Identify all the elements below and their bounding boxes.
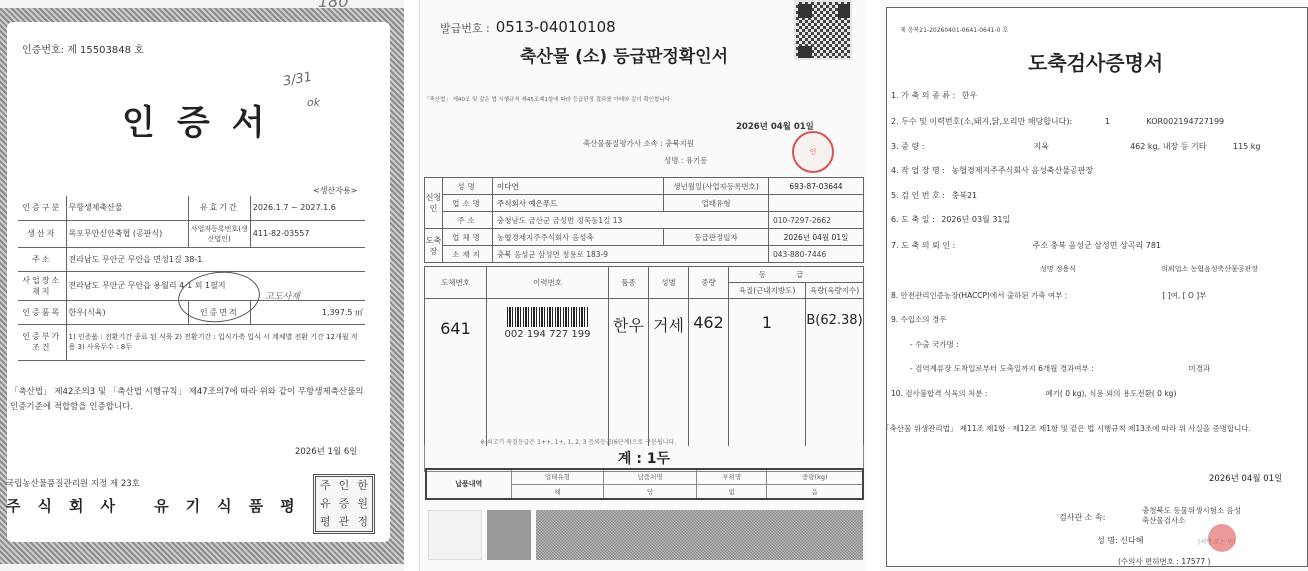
breed: 한우 [609, 299, 649, 446]
item-label: - 검역계류장 도착일로부터 도축일까지 6개월 경과여부 : [910, 363, 1182, 374]
item-label: - 수출 국가명 : [910, 340, 959, 349]
field-value [769, 195, 864, 212]
column-header: 이력번호 [487, 267, 609, 299]
item-label: 1. 가 축 의 종 류 : [891, 91, 955, 100]
table-row: 업소명 주식회사 예은푸드 업태유형 [425, 195, 864, 212]
item-value: 2026년 03월 31일 [941, 215, 1010, 224]
column-header: 육량(육량지수) [806, 283, 864, 299]
grader-name: 성명 : 유기동 [664, 155, 708, 166]
item-row: 9. 수입소의 경우 [891, 314, 950, 325]
inspector-name: 성 명: 신다혜 [1097, 535, 1143, 546]
certificate-title: 인증서 [122, 95, 287, 144]
seal-char: 증 [335, 495, 354, 513]
field-label: 사업장소재지 [18, 271, 66, 300]
item-value: 충북21 [952, 191, 978, 200]
seal-char: 평 [316, 513, 335, 531]
seal-char: 주 [316, 477, 335, 495]
field-value: 주식회사 예은푸드 [493, 195, 664, 212]
supply-value: 없 [697, 484, 767, 499]
field-value: 1) 인증품 : 전환기간 종료 된 식육 2) 전환기간 : 입식가축 입식 … [66, 324, 365, 360]
item-value: 주소 충북 음성군 삼성면 상곡리 781 [1033, 241, 1161, 250]
item-row: 5. 검 인 번 호 : 충북21 [891, 190, 981, 201]
issue-number-value: 0513-04010108 [496, 18, 616, 36]
field-value: 2026.1.7 ~ 2027.1.6 [250, 196, 365, 220]
redacted-region [487, 510, 531, 560]
table-row: 인증구분 무항생제축산물 유효기간 2026.1.7 ~ 2027.1.6 [18, 196, 365, 220]
field-label: 인증구분 [18, 196, 66, 220]
item-row: 3. 중 량 : 지육 462 kg, 내장 등 기타 115 kg [891, 141, 1265, 152]
inspector-org-label: 검사관 소 속: [1059, 512, 1105, 523]
item-row: 1. 가 축 의 종 류 : 한우 [891, 90, 981, 101]
table-row: 주소 전라남도 무안군 무안읍 면성1길 38-1 [18, 247, 365, 271]
item-row: 2. 두수 및 이력번호(소,돼지,닭,오리만 해당합니다): 1 KOR002… [891, 116, 1228, 127]
issue-date: 2026년 1월 6일 [295, 445, 358, 457]
license-number: (수의사 면허번호 : 17577 ) [1118, 556, 1211, 567]
field-label: 인증부가조건 [18, 324, 66, 360]
certification-statement: 「축산법」 제42조의3 및 「축산법 시행규칙」 제47조의7에 따라 위와 … [10, 385, 370, 415]
field-value: 농협경제지주주식회사 음성축 [493, 229, 664, 246]
item-row: 6. 도 축 일 : 2026년 03월 31일 [891, 214, 1014, 225]
yield-grade: B(62.38) [806, 299, 864, 446]
quality-grade: 1 [729, 299, 806, 446]
handwritten-annotation: 고도사재 [265, 289, 300, 302]
item-count: 1 [1105, 117, 1110, 126]
item-value: 한우 [962, 91, 977, 100]
certificate-document: 180 인증번호: 제 15503848 호 인증서 3/31 ok <생산자용… [0, 0, 404, 571]
column-header: 중량(kg) [767, 469, 863, 484]
inspector-org: 충청북도 동물위생시험소 음성축산물검사소 [1142, 506, 1242, 526]
qr-code-icon [794, 0, 852, 60]
item-extra: 의뢰업소 농협음성축산물공판장 [1161, 265, 1258, 273]
field-label: 업체명 [443, 229, 493, 246]
table-row: 생산자 목포무안신안축협 (공판식) 사업자등록번호(생산법인) 411-82-… [18, 220, 365, 247]
issuing-company: 주식회사 유기식품평 [6, 495, 312, 516]
grader-affiliation: 축산물품질평가사 소속 : 충북지원 [583, 138, 694, 149]
sex: 거세 [649, 299, 689, 446]
field-value: 전라남도 무안군 무안읍 면성1길 38-1 [66, 247, 365, 271]
item-row: - 수출 국가명 : [910, 339, 963, 350]
issue-number-label: 발급번호 : [440, 22, 490, 35]
trace-number: 002 194 727 199 [487, 329, 608, 340]
item-row: 성명 정용식 의뢰업소 농협음성축산물공판장 [1040, 264, 1262, 274]
seal-char: 한 [353, 477, 372, 495]
table-row: 신청인 성명 이다연 생년월일(사업자등록번호) 693-87-03644 [425, 178, 864, 195]
grade-result-table: 도체번호 이력번호 품종 성별 중량 등급 육질(근내지방도) 육량(육량지수)… [424, 266, 864, 446]
field-value: 043-880-7446 [769, 246, 864, 263]
field-value: 목포무안신안축협 (공판식) [66, 220, 188, 247]
column-header: 중량 [689, 267, 729, 299]
item-value: [ ]여, [ O ]부 [1162, 291, 1206, 300]
barcode-icon [507, 307, 589, 327]
column-header: 등급 [729, 267, 864, 283]
table-row: 납품내역 업태유형 납품처명 부위명 중량(kg) [426, 469, 863, 484]
redacted-region [428, 510, 482, 560]
column-header: 납품처명 [604, 469, 697, 484]
item-label: 6. 도 축 일 : [891, 215, 935, 224]
supply-details-table: 납품내역 업태유형 납품처명 부위명 중량(kg) 해 당 없 음 [425, 468, 864, 500]
field-label: 생산자 [18, 220, 66, 247]
item-label: 8. 안전관리인증농장(HACCP)에서 출하된 가축 여부 : [891, 290, 1156, 301]
legal-statement: 「축산물 위생관리법」 제11조 제1항 · 제12조 제1항 및 같은 법 시… [882, 420, 1306, 438]
item-label: 10. 검사불합격 식육의 처분 : [891, 388, 1039, 399]
handwritten-ok: ok [307, 96, 320, 109]
field-label: 업태유형 [664, 195, 769, 212]
table-row: 소재지 충북 음성군 삼성면 청용로 183-9 043-880-7446 [425, 246, 864, 263]
field-label: 성명 [443, 178, 493, 195]
field-label: 소재지 [443, 246, 493, 263]
item-label: 7. 도 축 의 뢰 인 : [891, 240, 1026, 251]
item-value: 농협경제지주주식회사 음성축산물공판장 [952, 166, 1094, 175]
document-title: 축산물 (소) 등급판정확인서 [520, 42, 728, 67]
issue-number: 발급번호 :0513-04010108 [440, 18, 616, 36]
item-value: 미경과 [1188, 364, 1210, 373]
certificate-info-table: 인증구분 무항생제축산물 유효기간 2026.1.7 ~ 2027.1.6 생산… [18, 196, 365, 361]
document-type-label: <생산자용> [313, 185, 357, 196]
item-value: KOR002194727199 [1146, 117, 1224, 126]
field-label: 주소 [18, 247, 66, 271]
redacted-region [536, 510, 863, 560]
trace-number-cell: 002 194 727 199 [487, 299, 609, 446]
column-header: 도체번호 [425, 267, 487, 299]
supply-header: 납품내역 [426, 469, 511, 499]
issue-date: 2026년 04월 01일 [736, 120, 814, 132]
weight: 462 [689, 299, 729, 446]
field-label: 업소명 [443, 195, 493, 212]
legal-basis: 「축산법」 제40조 및 같은 법 시행규칙 제45조제1항에 따라 등급판정 … [424, 95, 672, 103]
item-label: 4. 작 업 장 명 : [891, 166, 945, 175]
field-value: 충북 음성군 삼성면 청용로 183-9 [493, 246, 769, 263]
column-header: 품종 [609, 267, 649, 299]
document-title: 도축검사증명서 [1028, 47, 1163, 76]
slaughter-inspection-document: 제 충북21-20260401-0641-0641-0 호 도축검사증명서 1.… [880, 0, 1308, 571]
field-value: 411-82-03557 [250, 220, 365, 247]
field-label: 생년월일(사업자등록번호) [664, 178, 769, 195]
field-label: 인증품목 [18, 300, 66, 324]
column-header: 부위명 [697, 469, 767, 484]
red-stamp-icon [1208, 524, 1236, 552]
designation-number: 국립농산물품질관리원 지정 제 23호 [6, 477, 140, 489]
column-header: 성별 [649, 267, 689, 299]
issue-date: 2026년 04월 01일 [1209, 472, 1282, 484]
field-value: 2026년 04월 01일 [769, 229, 864, 246]
field-value: 무항생제축산물 [66, 196, 188, 220]
group-label: 신청인 [425, 178, 443, 229]
item-row: - 검역계류장 도착일로부터 도축일까지 6개월 경과여부 : 미경과 [910, 363, 1214, 374]
field-label: 등급판정일자 [664, 229, 769, 246]
field-value: 1,397.5 ㎡ [250, 300, 365, 324]
document-number: 제 충북21-20260401-0641-0641-0 호 [900, 25, 1008, 34]
grade-confirmation-document: 발급번호 :0513-04010108 축산물 (소) 등급판정확인서 「축산법… [419, 0, 866, 571]
item-row: 4. 작 업 장 명 : 농협경제지주주식회사 음성축산물공판장 [891, 165, 1097, 176]
carcass-number: 641 [425, 299, 487, 446]
item-row: 7. 도 축 의 뢰 인 : 주소 충북 음성군 삼성면 상곡리 781 [891, 240, 1165, 251]
column-header: 육질(근내지방도) [729, 283, 806, 299]
table-row: 주소 충청남도 금산군 금성면 정묵동1길 13 010-7297-2662 [425, 212, 864, 229]
applicant-info-table: 신청인 성명 이다연 생년월일(사업자등록번호) 693-87-03644 업소… [424, 177, 864, 263]
field-value: 010-7297-2662 [769, 212, 864, 229]
table-row: 인증부가조건 1) 인증품 : 전환기간 종료 된 식육 2) 전환기간 : 입… [18, 324, 365, 360]
field-label: 사업자등록번호(생산법인) [188, 220, 250, 247]
supply-value: 해 [511, 484, 604, 499]
field-label: 유효기간 [188, 196, 250, 220]
red-stamp-icon: 인 [792, 131, 834, 173]
official-seal-icon: 주 인 한 유 증 원 평 관 정 [313, 474, 375, 534]
item-row: 10. 검사불합격 식육의 처분 : 폐기( 0 kg), 식용 외의 용도전환… [891, 388, 1180, 399]
handwritten-note: 180 [318, 0, 349, 11]
item-label: 5. 검 인 번 호 : [891, 191, 945, 200]
field-value: 충청남도 금산군 금성면 정묵동1길 13 [493, 212, 769, 229]
item-value: 성명 정용식 [1040, 264, 1155, 274]
item-value: 폐기( 0 kg), 식용 외의 용도전환( 0 kg) [1045, 389, 1176, 398]
field-value: 한우(식육) [66, 300, 188, 324]
seal-char: 정 [353, 513, 372, 531]
column-header: 업태유형 [511, 469, 604, 484]
item-row: 8. 안전관리인증농장(HACCP)에서 출하된 가축 여부 : [ ]여, [… [891, 290, 1210, 301]
table-row: 도축장 업체명 농협경제지주주식회사 음성축 등급판정일자 2026년 04월 … [425, 229, 864, 246]
supply-value: 당 [604, 484, 697, 499]
item-value: 462 kg, 내장 등 기타 [1130, 142, 1206, 151]
item-extra: 115 kg [1233, 142, 1261, 151]
table-row: 641 002 194 727 199 한우 거세 462 1 B(62.38) [425, 299, 864, 446]
item-label: 3. 중 량 : [891, 141, 1027, 152]
item-label: 2. 두수 및 이력번호(소,돼지,닭,오리만 해당합니다): [891, 117, 1072, 126]
field-value: 이다연 [493, 178, 664, 195]
item-label: 9. 수입소의 경우 [891, 315, 946, 324]
group-label: 도축장 [425, 229, 443, 263]
item-sub: 지육 [1034, 141, 1124, 152]
field-label: 주소 [443, 212, 493, 229]
field-value: 693-87-03644 [769, 178, 864, 195]
supply-value: 음 [767, 484, 863, 499]
table-header-row: 도체번호 이력번호 품종 성별 중량 등급 [425, 267, 864, 283]
seal-char: 유 [316, 495, 335, 513]
seal-char: 관 [335, 513, 354, 531]
seal-char: 원 [353, 495, 372, 513]
seal-char: 인 [335, 477, 354, 495]
certificate-number: 인증번호: 제 15503848 호 [22, 41, 144, 56]
